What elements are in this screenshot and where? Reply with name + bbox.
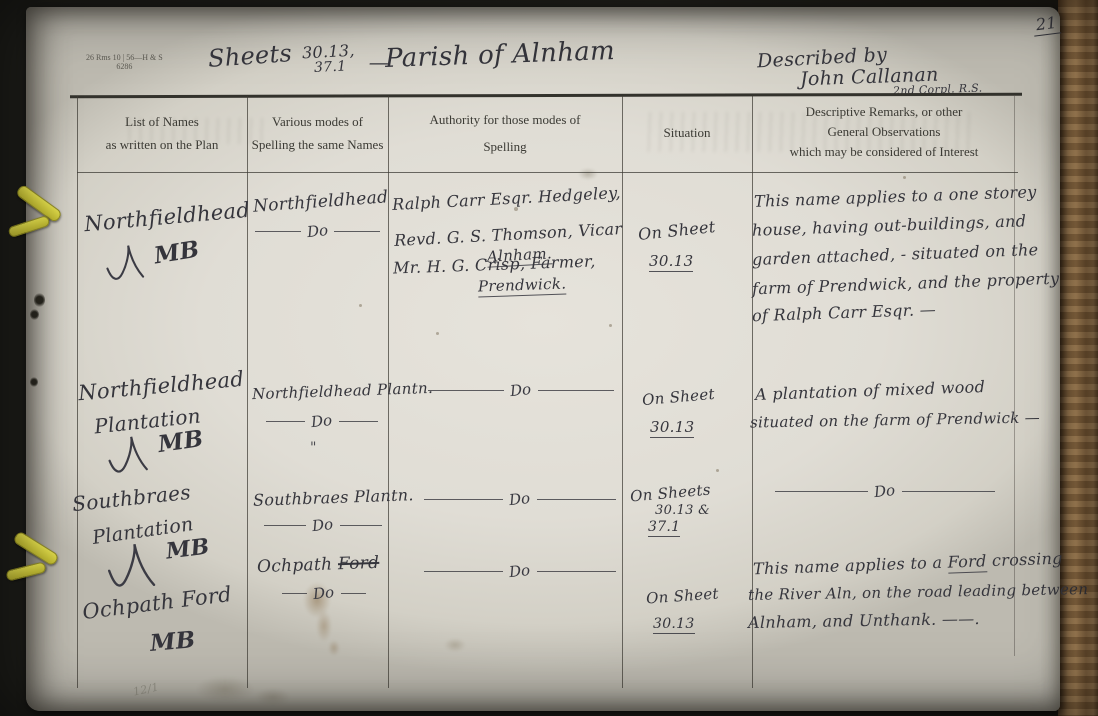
checkmark-flourish (106, 432, 154, 480)
row2-situation-number: 30.13 (650, 418, 694, 438)
ditto-mark: Do (503, 488, 538, 509)
wooden-table-edge (1058, 0, 1098, 716)
sheet-numbers: 30.13, 37.1 (302, 42, 355, 75)
row3-spelling-ditto: Do (264, 516, 382, 534)
punch-hole (30, 309, 39, 320)
col-header-line: General Observations (752, 122, 1016, 142)
printer-code: 26 Rms 10 | 56—H & S 6286 (86, 53, 163, 71)
ditto-rule (902, 491, 995, 492)
row1-authority-place: Prendwick. (478, 274, 567, 297)
stain (328, 640, 340, 656)
stain (196, 676, 254, 702)
ditto-rule (334, 231, 380, 232)
ditto-rule (775, 491, 868, 492)
ditto-mark: Do (307, 582, 342, 603)
row3-situation-number: 30.13 & (655, 503, 710, 518)
row3-examiner-initials: MB (165, 533, 211, 564)
ditto-mark: Do (306, 514, 341, 535)
speck (359, 304, 362, 307)
col-header-line: Spelling (388, 135, 622, 158)
column-rule (622, 96, 623, 688)
sheet-number-bottom: 37.1 (314, 58, 355, 76)
ditto-rule (340, 525, 382, 526)
row1-spelling-ditto: Do (255, 222, 380, 240)
ditto-rule (339, 421, 378, 422)
ditto-rule (424, 499, 503, 500)
row4-remarks-part: crossing (986, 549, 1063, 571)
column-rule (247, 96, 248, 688)
speck (514, 207, 518, 211)
col-header-line: Authority for those modes of (388, 108, 622, 131)
ditto-mark: Do (300, 220, 335, 241)
punch-hole (30, 377, 38, 387)
header-bottom-rule (77, 172, 1018, 173)
row4-situation-number: 30.13 (653, 616, 695, 634)
col-header-line: Spelling the same Names (247, 133, 388, 156)
row3-remarks-ditto: Do (775, 482, 995, 500)
row3-authority-ditto: Do (424, 490, 616, 508)
row4-remarks-underlined-word: Ford (947, 551, 987, 573)
col-header-line: as written on the Plan (77, 133, 247, 156)
sheets-word: Sheets (207, 39, 293, 73)
ditto-rule (428, 390, 504, 391)
ditto-rule (341, 593, 366, 594)
ledger-photo: 21 26 Rms 10 | 56—H & S 6286 Sheets 30.1… (0, 0, 1098, 716)
col-header-line: Various modes of (247, 110, 388, 133)
ditto-mark: Do (868, 480, 903, 501)
row1-situation-number: 30.13 (649, 252, 693, 272)
printer-code-line1: 26 Rms 10 | 56—H & S (86, 53, 163, 62)
row4-spelling: Ochpath Ford (257, 553, 380, 577)
stain (444, 638, 466, 652)
checkmark-flourish (104, 241, 150, 287)
col-header-remarks: Descriptive Remarks, or other General Ob… (752, 102, 1016, 162)
row2-authority-ditto: Do (428, 381, 614, 399)
ditto-rule (282, 593, 307, 594)
stain (256, 688, 290, 706)
sheet-heading: Sheets 30.13, 37.1 — (208, 42, 389, 75)
ditto-rule (424, 571, 503, 572)
col-header-situation: Situation (622, 121, 752, 144)
row4-remarks-line: Alnham, and Unthank. ——. (748, 609, 980, 632)
row2-repeat-quote: " (310, 440, 317, 456)
speck (903, 176, 906, 179)
row4-spelling-ditto: Do (282, 584, 366, 602)
column-rule (1014, 96, 1015, 656)
checkmark-flourish (104, 540, 162, 596)
row4-spelling-part: Ochpath (257, 554, 339, 577)
col-header-line: List of Names (77, 110, 247, 133)
ditto-rule (264, 525, 306, 526)
printer-code-line2: 6286 (86, 62, 163, 71)
ditto-rule (255, 231, 301, 232)
speck (609, 324, 612, 327)
speck (716, 469, 719, 472)
row2-spelling-ditto: Do (266, 412, 378, 430)
col-header-spelling-modes: Various modes of Spelling the same Names (247, 110, 388, 156)
row3-situation-number: 37.1 (648, 519, 680, 537)
stain (316, 610, 332, 642)
speck (436, 332, 439, 335)
col-header-line: Descriptive Remarks, or other (752, 102, 1016, 122)
ditto-mark: Do (504, 379, 539, 400)
col-header-line: Situation (622, 121, 752, 144)
row4-examiner-initials: MB (149, 626, 197, 657)
col-header-line: which may be considered of Interest (752, 142, 1016, 162)
ditto-mark: Do (305, 410, 340, 431)
ditto-rule (537, 499, 616, 500)
row4-spelling-struck-word: Ford (338, 553, 380, 574)
col-header-authority: Authority for those modes of Spelling (388, 108, 622, 158)
row4-authority-ditto: Do (424, 562, 616, 580)
stain (578, 168, 598, 180)
ditto-rule (537, 571, 616, 572)
ditto-rule (538, 390, 614, 391)
page-number: 21 (1032, 12, 1061, 36)
ditto-rule (266, 421, 305, 422)
col-header-names: List of Names as written on the Plan (77, 110, 247, 156)
ditto-mark: Do (503, 560, 538, 581)
punch-hole (34, 293, 45, 307)
